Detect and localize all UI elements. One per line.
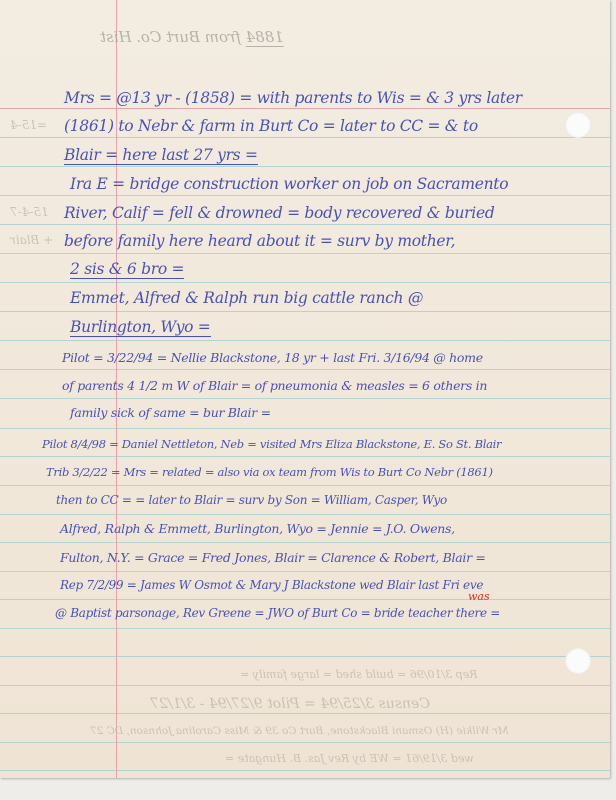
note-line-3: Blair = here last 27 yrs = [64, 146, 258, 165]
note-line-14: Trib 3/2/22 = Mrs = related = also via o… [46, 465, 493, 479]
note-line-17: Fulton, N.Y. = Grace = Fred Jones, Blair… [60, 550, 486, 565]
ruled-line [0, 656, 610, 657]
note-line-12: family sick of same = bur Blair = [70, 405, 271, 420]
bleed-through-line: wed 3/19/61 = WE by Rev Jas. B. Hungate … [225, 752, 474, 765]
note-line-4: Ira E = bridge construction worker on jo… [70, 175, 508, 193]
ruled-line [0, 542, 610, 543]
margin-bleed: 15-4-7 [10, 205, 49, 219]
ruled-line [0, 398, 610, 399]
ruled-line [0, 514, 610, 515]
ruled-line [0, 253, 610, 254]
note-line-11: of parents 4 1/2 m W of Blair = of pneum… [62, 378, 487, 393]
note-line-1: Mrs = @13 yr - (1858) = with parents to … [64, 89, 522, 107]
note-line-18: Rep 7/2/99 = James W Osmot & Mary J Blac… [60, 578, 483, 592]
red-correction-was: was [468, 590, 490, 603]
punch-hole-top [565, 112, 591, 138]
header-text: from Burt Co. Hist [100, 28, 241, 46]
note-line-5: River, Calif = fell & drowned = body rec… [64, 204, 494, 222]
ruled-line [0, 685, 610, 686]
ruled-line [0, 282, 610, 283]
top-margin-rule [0, 108, 610, 109]
ruled-line [0, 770, 610, 771]
note-line-15: then to CC = = later to Blair = surv by … [56, 493, 447, 507]
note-line-2: (1861) to Nebr & farm in Burt Co = later… [64, 117, 478, 135]
punch-hole-bottom [565, 648, 591, 674]
note-line-13: Pilot 8/4/98 = Daniel Nettleton, Neb = v… [42, 437, 501, 451]
ruled-line [0, 713, 610, 714]
margin-bleed: =15-4 [10, 118, 47, 132]
note-line-7: 2 sis & 6 bro = [70, 260, 184, 279]
ruled-line [0, 485, 610, 486]
note-line-19: @ Baptist parsonage, Rev Greene = JWO of… [55, 606, 500, 620]
header-note-bleed: 1884 from Burt Co. Hist [100, 28, 284, 46]
ruled-line [0, 137, 610, 138]
ruled-line [0, 599, 610, 600]
note-line-9: Burlington, Wyo = [70, 318, 211, 337]
ruled-line [0, 369, 610, 370]
margin-bleed: + Blair [10, 233, 53, 247]
bleed-through-line: Mr Wilkie (H) Osmani Blackstone, Burt Co… [90, 725, 509, 737]
ruled-line [0, 628, 610, 629]
ruled-line [0, 166, 610, 167]
note-line-16: Alfred, Ralph & Emmett, Burlington, Wyo … [60, 521, 455, 536]
note-line-6: before family here heard about it = surv… [64, 232, 455, 250]
ruled-line [0, 340, 610, 341]
bleed-through-line: Census 3/25/94 = Pilot 9/27/94 - 3/1/27 [150, 696, 430, 712]
notebook-page: 1884 from Burt Co. Hist =15-4 15-4-7 + B… [0, 0, 610, 778]
ruled-line [0, 456, 610, 457]
ruled-line [0, 195, 610, 196]
ruled-line [0, 224, 610, 225]
ruled-line [0, 311, 610, 312]
ruled-line [0, 571, 610, 572]
header-year: 1884 [246, 28, 284, 47]
ruled-line [0, 428, 610, 429]
note-line-10: Pilot = 3/22/94 = Nellie Blackstone, 18 … [62, 350, 483, 365]
bleed-through-line: Rep 3/10/96 = build shed = large family … [240, 668, 478, 681]
note-line-8: Emmet, Alfred & Ralph run big cattle ran… [70, 289, 423, 307]
ruled-line [0, 742, 610, 743]
